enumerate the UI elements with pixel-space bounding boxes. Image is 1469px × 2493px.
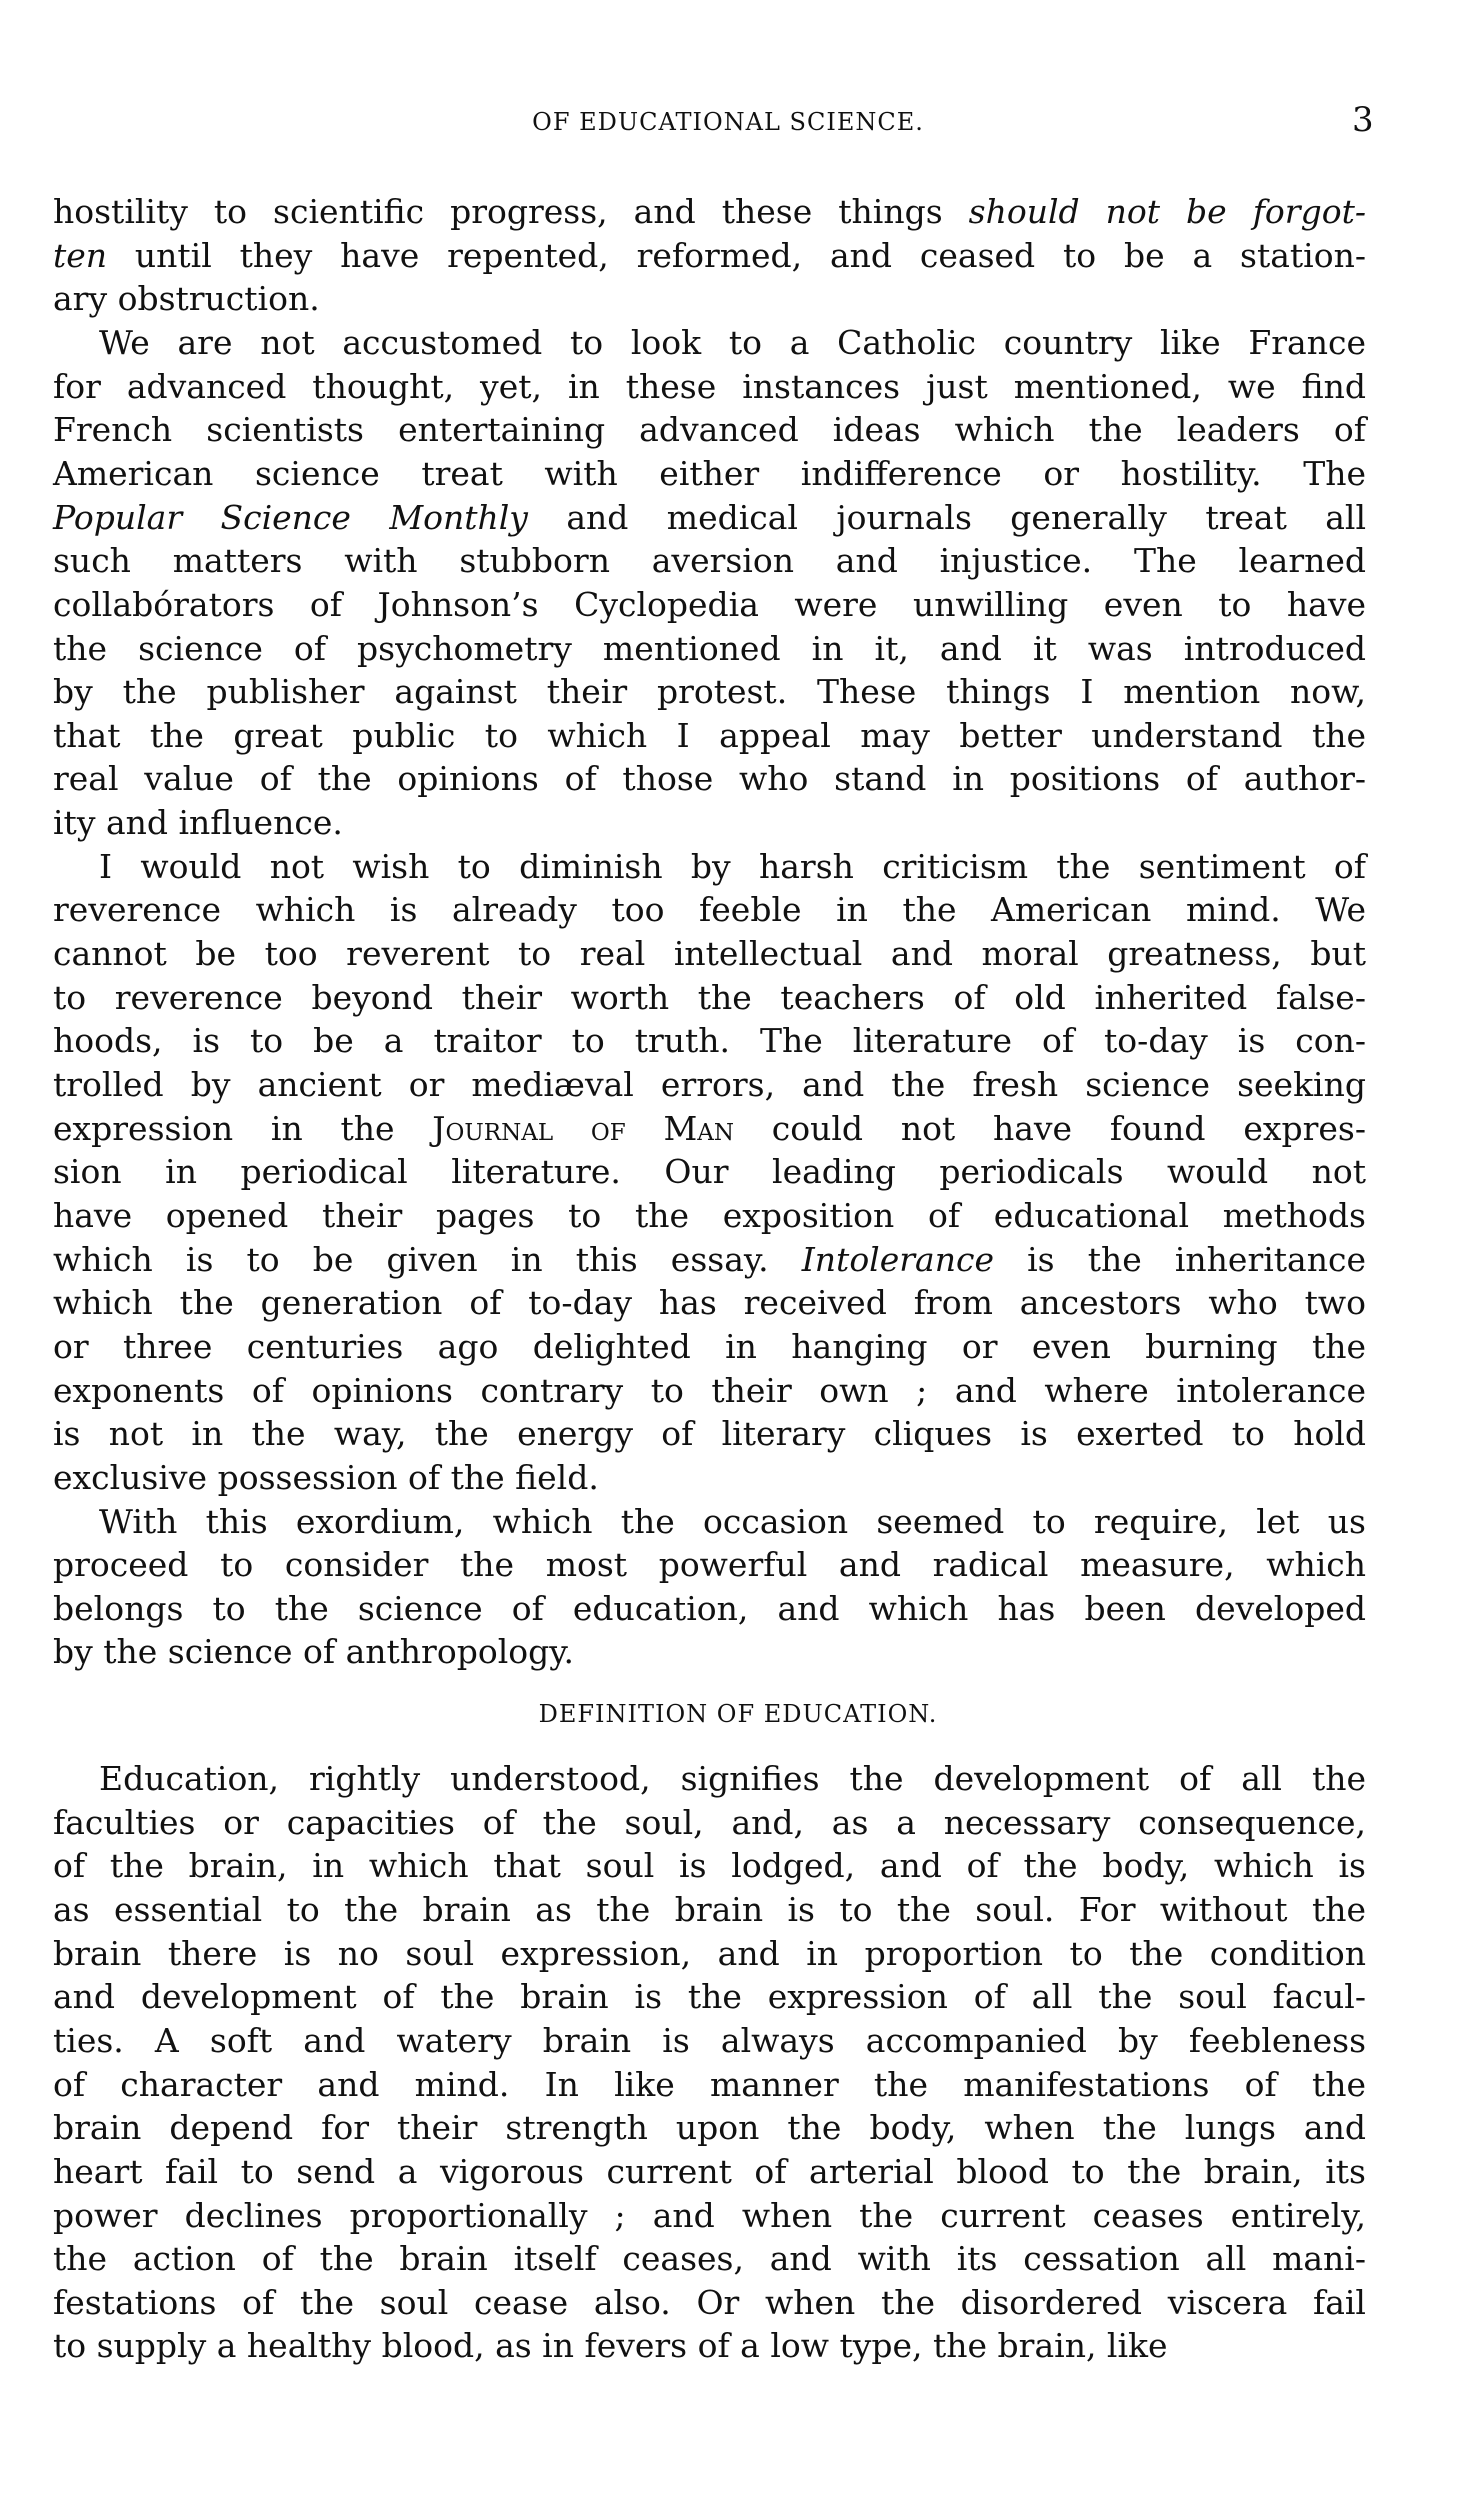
text-run: ary obstruction. (53, 279, 320, 318)
text-run: as essential to the brain as the brain i… (53, 1890, 1366, 1929)
text-line: faculties or capacities of the soul, and… (53, 1801, 1366, 1845)
text-run: sion in periodical literature. Our leadi… (53, 1152, 1366, 1191)
text-line: ity and influence. (53, 801, 343, 845)
text-run: have opened their pages to the expositio… (53, 1196, 1366, 1235)
text-run: French scientists entertaining advanced … (53, 410, 1366, 449)
text-line: by the publisher against their protest. … (53, 670, 1366, 714)
page-number: 3 (1352, 100, 1372, 140)
text-run: and development of the brain is the expr… (53, 1977, 1366, 2016)
text-line: to supply a healthy blood, as in fevers … (53, 2324, 1168, 2368)
text-line: reverence which is already too feeble in… (53, 888, 1366, 932)
italic-text: Popular Science Monthly (53, 498, 528, 537)
text-line: exclusive possession of the field. (53, 1456, 599, 1500)
text-line: that the great public to which I appeal … (53, 714, 1366, 758)
text-line: hoods, is to be a traitor to truth. The … (53, 1019, 1366, 1063)
text-line: brain there is no soul expression, and i… (53, 1932, 1366, 1976)
text-run: We are not accustomed to look to a Catho… (99, 323, 1366, 362)
text-run: reverence which is already too feeble in… (53, 890, 1366, 929)
text-run: hostility to scientific progress, and th… (53, 192, 969, 231)
text-line: American science treat with either indif… (53, 452, 1366, 496)
text-line: by the science of anthropology. (53, 1630, 574, 1674)
text-line: have opened their pages to the expositio… (53, 1194, 1366, 1238)
text-line: collabórators of Johnson’s Cyclopedia we… (53, 583, 1366, 627)
text-line: French scientists entertaining advanced … (53, 408, 1366, 452)
text-run: to supply a healthy blood, as in fevers … (53, 2326, 1168, 2365)
text-run: collabórators of Johnson’s Cyclopedia we… (53, 585, 1366, 624)
text-line: ties. A soft and watery brain is always … (53, 2019, 1366, 2063)
text-run: which the generation of to-day has recei… (53, 1283, 1366, 1322)
text-run: and medical journals generally treat all (528, 498, 1366, 537)
text-run: which is to be given in this essay. (53, 1240, 802, 1279)
running-head: OF EDUCATIONAL SCIENCE. (458, 108, 998, 136)
text-line: cannot be too reverent to real intellect… (53, 932, 1366, 976)
text-line: or three centuries ago delighted in hang… (53, 1325, 1366, 1369)
text-run: brain there is no soul expression, and i… (53, 1934, 1366, 1973)
text-line: Education, rightly understood, signifies… (99, 1757, 1366, 1801)
text-line: of character and mind. In like manner th… (53, 2063, 1366, 2107)
text-line: Popular Science Monthly and medical jour… (53, 496, 1366, 540)
text-run: until they have repented, reformed, and … (107, 236, 1366, 275)
text-run: or three centuries ago delighted in hang… (53, 1327, 1366, 1366)
section-heading: DEFINITION OF EDUCATION. (463, 1700, 1013, 1728)
text-line: I would not wish to diminish by harsh cr… (99, 845, 1366, 889)
text-line: which is to be given in this essay. Into… (53, 1238, 1366, 1282)
italic-text: ten (53, 236, 107, 275)
text-run: expression in the (53, 1109, 432, 1148)
text-line: belongs to the science of education, and… (53, 1587, 1366, 1631)
text-run: Education, rightly understood, signifies… (99, 1759, 1366, 1798)
text-run: of character and mind. In like manner th… (53, 2065, 1366, 2104)
text-run: cannot be too reverent to real intellect… (53, 934, 1366, 973)
text-line: such matters with stubborn aversion and … (53, 539, 1366, 583)
text-run: the science of psychometry mentioned in … (53, 629, 1366, 668)
text-line: ary obstruction. (53, 277, 320, 321)
italic-text: should not be forgot- (969, 192, 1366, 231)
text-run: the action of the brain itself ceases, a… (53, 2239, 1366, 2278)
text-line: trolled by ancient or mediæval errors, a… (53, 1063, 1366, 1107)
text-line: which the generation of to-day has recei… (53, 1281, 1366, 1325)
text-line: sion in periodical literature. Our leadi… (53, 1150, 1366, 1194)
text-run: ties. A soft and watery brain is always … (53, 2021, 1366, 2060)
text-line: proceed to consider the most powerful an… (53, 1543, 1366, 1587)
text-run: by the publisher against their protest. … (53, 672, 1366, 711)
text-run: such matters with stubborn aversion and … (53, 541, 1366, 580)
text-line: festations of the soul cease also. Or wh… (53, 2281, 1366, 2325)
text-line: for advanced thought, yet, in these inst… (53, 365, 1366, 409)
text-line: to reverence beyond their worth the teac… (53, 976, 1366, 1020)
text-line: the action of the brain itself ceases, a… (53, 2237, 1366, 2281)
italic-text: Intolerance (802, 1240, 994, 1279)
book-page: OF EDUCATIONAL SCIENCE. 3 hostility to s… (0, 0, 1469, 2493)
text-line: ten until they have repented, reformed, … (53, 234, 1366, 278)
text-run: is not in the way, the energy of literar… (53, 1414, 1366, 1453)
text-run: to reverence beyond their worth the teac… (53, 978, 1366, 1017)
text-run: could not have found expres- (734, 1109, 1366, 1148)
text-run: exponents of opinions contrary to their … (53, 1371, 1366, 1410)
text-run: heart fail to send a vigorous current of… (53, 2152, 1366, 2191)
text-run: I would not wish to diminish by harsh cr… (99, 847, 1366, 886)
text-run: exclusive possession of the field. (53, 1458, 599, 1497)
text-line: as essential to the brain as the brain i… (53, 1888, 1366, 1932)
text-run: that the great public to which I appeal … (53, 716, 1366, 755)
text-run: festations of the soul cease also. Or wh… (53, 2283, 1366, 2322)
text-run: of the brain, in which that soul is lodg… (53, 1846, 1366, 1885)
text-run: faculties or capacities of the soul, and… (53, 1803, 1366, 1842)
text-run: real value of the opinions of those who … (53, 759, 1366, 798)
text-run: ity and influence. (53, 803, 343, 842)
text-line: brain depend for their strength upon the… (53, 2106, 1366, 2150)
small-caps-text: Journal of Man (432, 1109, 734, 1148)
text-run: proceed to consider the most powerful an… (53, 1545, 1366, 1584)
text-line: We are not accustomed to look to a Catho… (99, 321, 1366, 365)
text-line: real value of the opinions of those who … (53, 757, 1366, 801)
text-run: With this exordium, which the occasion s… (99, 1502, 1366, 1541)
text-run: power declines proportionally ; and when… (53, 2196, 1366, 2235)
text-line: power declines proportionally ; and when… (53, 2194, 1366, 2238)
text-line: hostility to scientific progress, and th… (53, 190, 1366, 234)
text-line: of the brain, in which that soul is lodg… (53, 1844, 1366, 1888)
text-line: With this exordium, which the occasion s… (99, 1500, 1366, 1544)
text-run: American science treat with either indif… (53, 454, 1366, 493)
text-line: heart fail to send a vigorous current of… (53, 2150, 1366, 2194)
text-run: is the inheritance (994, 1240, 1366, 1279)
text-run: for advanced thought, yet, in these inst… (53, 367, 1366, 406)
text-line: and development of the brain is the expr… (53, 1975, 1366, 2019)
text-line: expression in the Journal of Man could n… (53, 1107, 1366, 1151)
text-run: hoods, is to be a traitor to truth. The … (53, 1021, 1366, 1060)
text-line: exponents of opinions contrary to their … (53, 1369, 1366, 1413)
text-run: belongs to the science of education, and… (53, 1589, 1366, 1628)
text-run: brain depend for their strength upon the… (53, 2108, 1366, 2147)
text-run: by the science of anthropology. (53, 1632, 574, 1671)
text-run: trolled by ancient or mediæval errors, a… (53, 1065, 1366, 1104)
text-line: the science of psychometry mentioned in … (53, 627, 1366, 671)
text-line: is not in the way, the energy of literar… (53, 1412, 1366, 1456)
